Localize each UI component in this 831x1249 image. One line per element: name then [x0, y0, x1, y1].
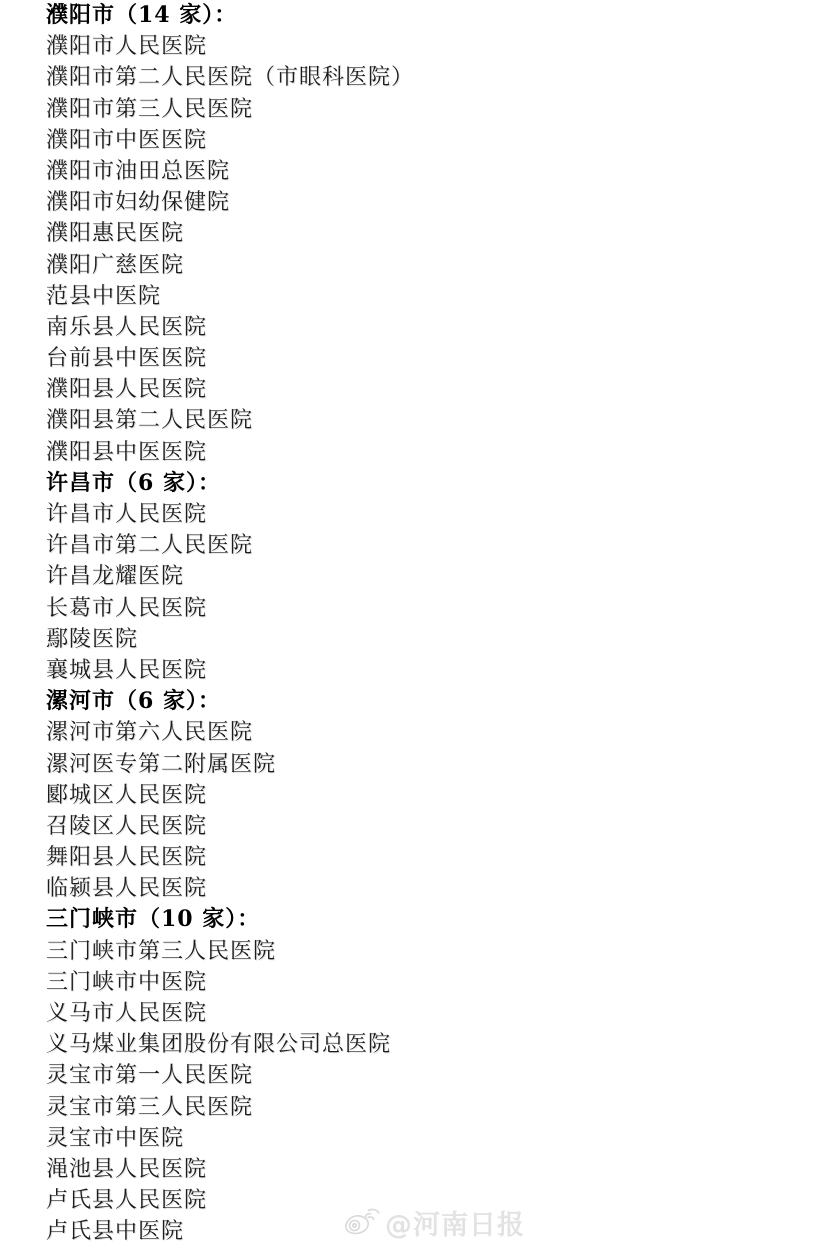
- section-header: 三门峡市（10 家）：: [46, 904, 831, 935]
- hospital-item: 鄢陵医院: [46, 624, 831, 655]
- hospital-item: 三门峡市第三人民医院: [46, 936, 831, 967]
- hospital-item: 灵宝市第一人民医院: [46, 1060, 831, 1091]
- hospital-item: 三门峡市中医院: [46, 967, 831, 998]
- hospital-item: 许昌市人民医院: [46, 499, 831, 530]
- hospital-item: 灵宝市第三人民医院: [46, 1092, 831, 1123]
- hospital-item: 濮阳市第三人民医院: [46, 94, 831, 125]
- hospital-item: 长葛市人民医院: [46, 593, 831, 624]
- section-header: 漯河市（6 家）：: [46, 686, 831, 717]
- hospital-item: 濮阳惠民医院: [46, 218, 831, 249]
- hospital-item: 濮阳市油田总医院: [46, 156, 831, 187]
- hospital-item: 郾城区人民医院: [46, 780, 831, 811]
- hospital-item: 濮阳市妇幼保健院: [46, 187, 831, 218]
- hospital-list-page: 濮阳市（14 家）：濮阳市人民医院濮阳市第二人民医院（市眼科医院）濮阳市第三人民…: [0, 0, 831, 1249]
- hospital-item: 范县中医院: [46, 281, 831, 312]
- watermark-text: @河南日报: [385, 1203, 525, 1242]
- hospital-item: 南乐县人民医院: [46, 312, 831, 343]
- hospital-item: 灵宝市中医院: [46, 1123, 831, 1154]
- hospital-item: 濮阳市第二人民医院（市眼科医院）: [46, 62, 831, 93]
- hospital-item: 濮阳市人民医院: [46, 31, 831, 62]
- section-header: 濮阳市（14 家）：: [46, 0, 831, 31]
- hospital-item: 襄城县人民医院: [46, 655, 831, 686]
- section-header: 许昌市（6 家）：: [46, 468, 831, 499]
- hospital-item: 濮阳县第二人民医院: [46, 405, 831, 436]
- hospital-item: 濮阳县人民医院: [46, 374, 831, 405]
- watermark: @河南日报: [341, 1201, 525, 1243]
- hospital-item: 漯河市第六人民医院: [46, 717, 831, 748]
- hospital-item: 台前县中医医院: [46, 343, 831, 374]
- hospital-item: 濮阳广慈医院: [46, 250, 831, 281]
- hospital-item: 召陵区人民医院: [46, 811, 831, 842]
- hospital-item: 濮阳市中医医院: [46, 125, 831, 156]
- hospital-item: 临颍县人民医院: [46, 873, 831, 904]
- hospital-list: 濮阳市（14 家）：濮阳市人民医院濮阳市第二人民医院（市眼科医院）濮阳市第三人民…: [46, 0, 831, 1248]
- weibo-icon: [341, 1201, 381, 1243]
- hospital-item: 义马煤业集团股份有限公司总医院: [46, 1029, 831, 1060]
- hospital-item: 许昌市第二人民医院: [46, 530, 831, 561]
- hospital-item: 濮阳县中医医院: [46, 437, 831, 468]
- hospital-item: 义马市人民医院: [46, 998, 831, 1029]
- hospital-item: 舞阳县人民医院: [46, 842, 831, 873]
- hospital-item: 漯河医专第二附属医院: [46, 749, 831, 780]
- hospital-item: 许昌龙耀医院: [46, 561, 831, 592]
- hospital-item: 渑池县人民医院: [46, 1154, 831, 1185]
